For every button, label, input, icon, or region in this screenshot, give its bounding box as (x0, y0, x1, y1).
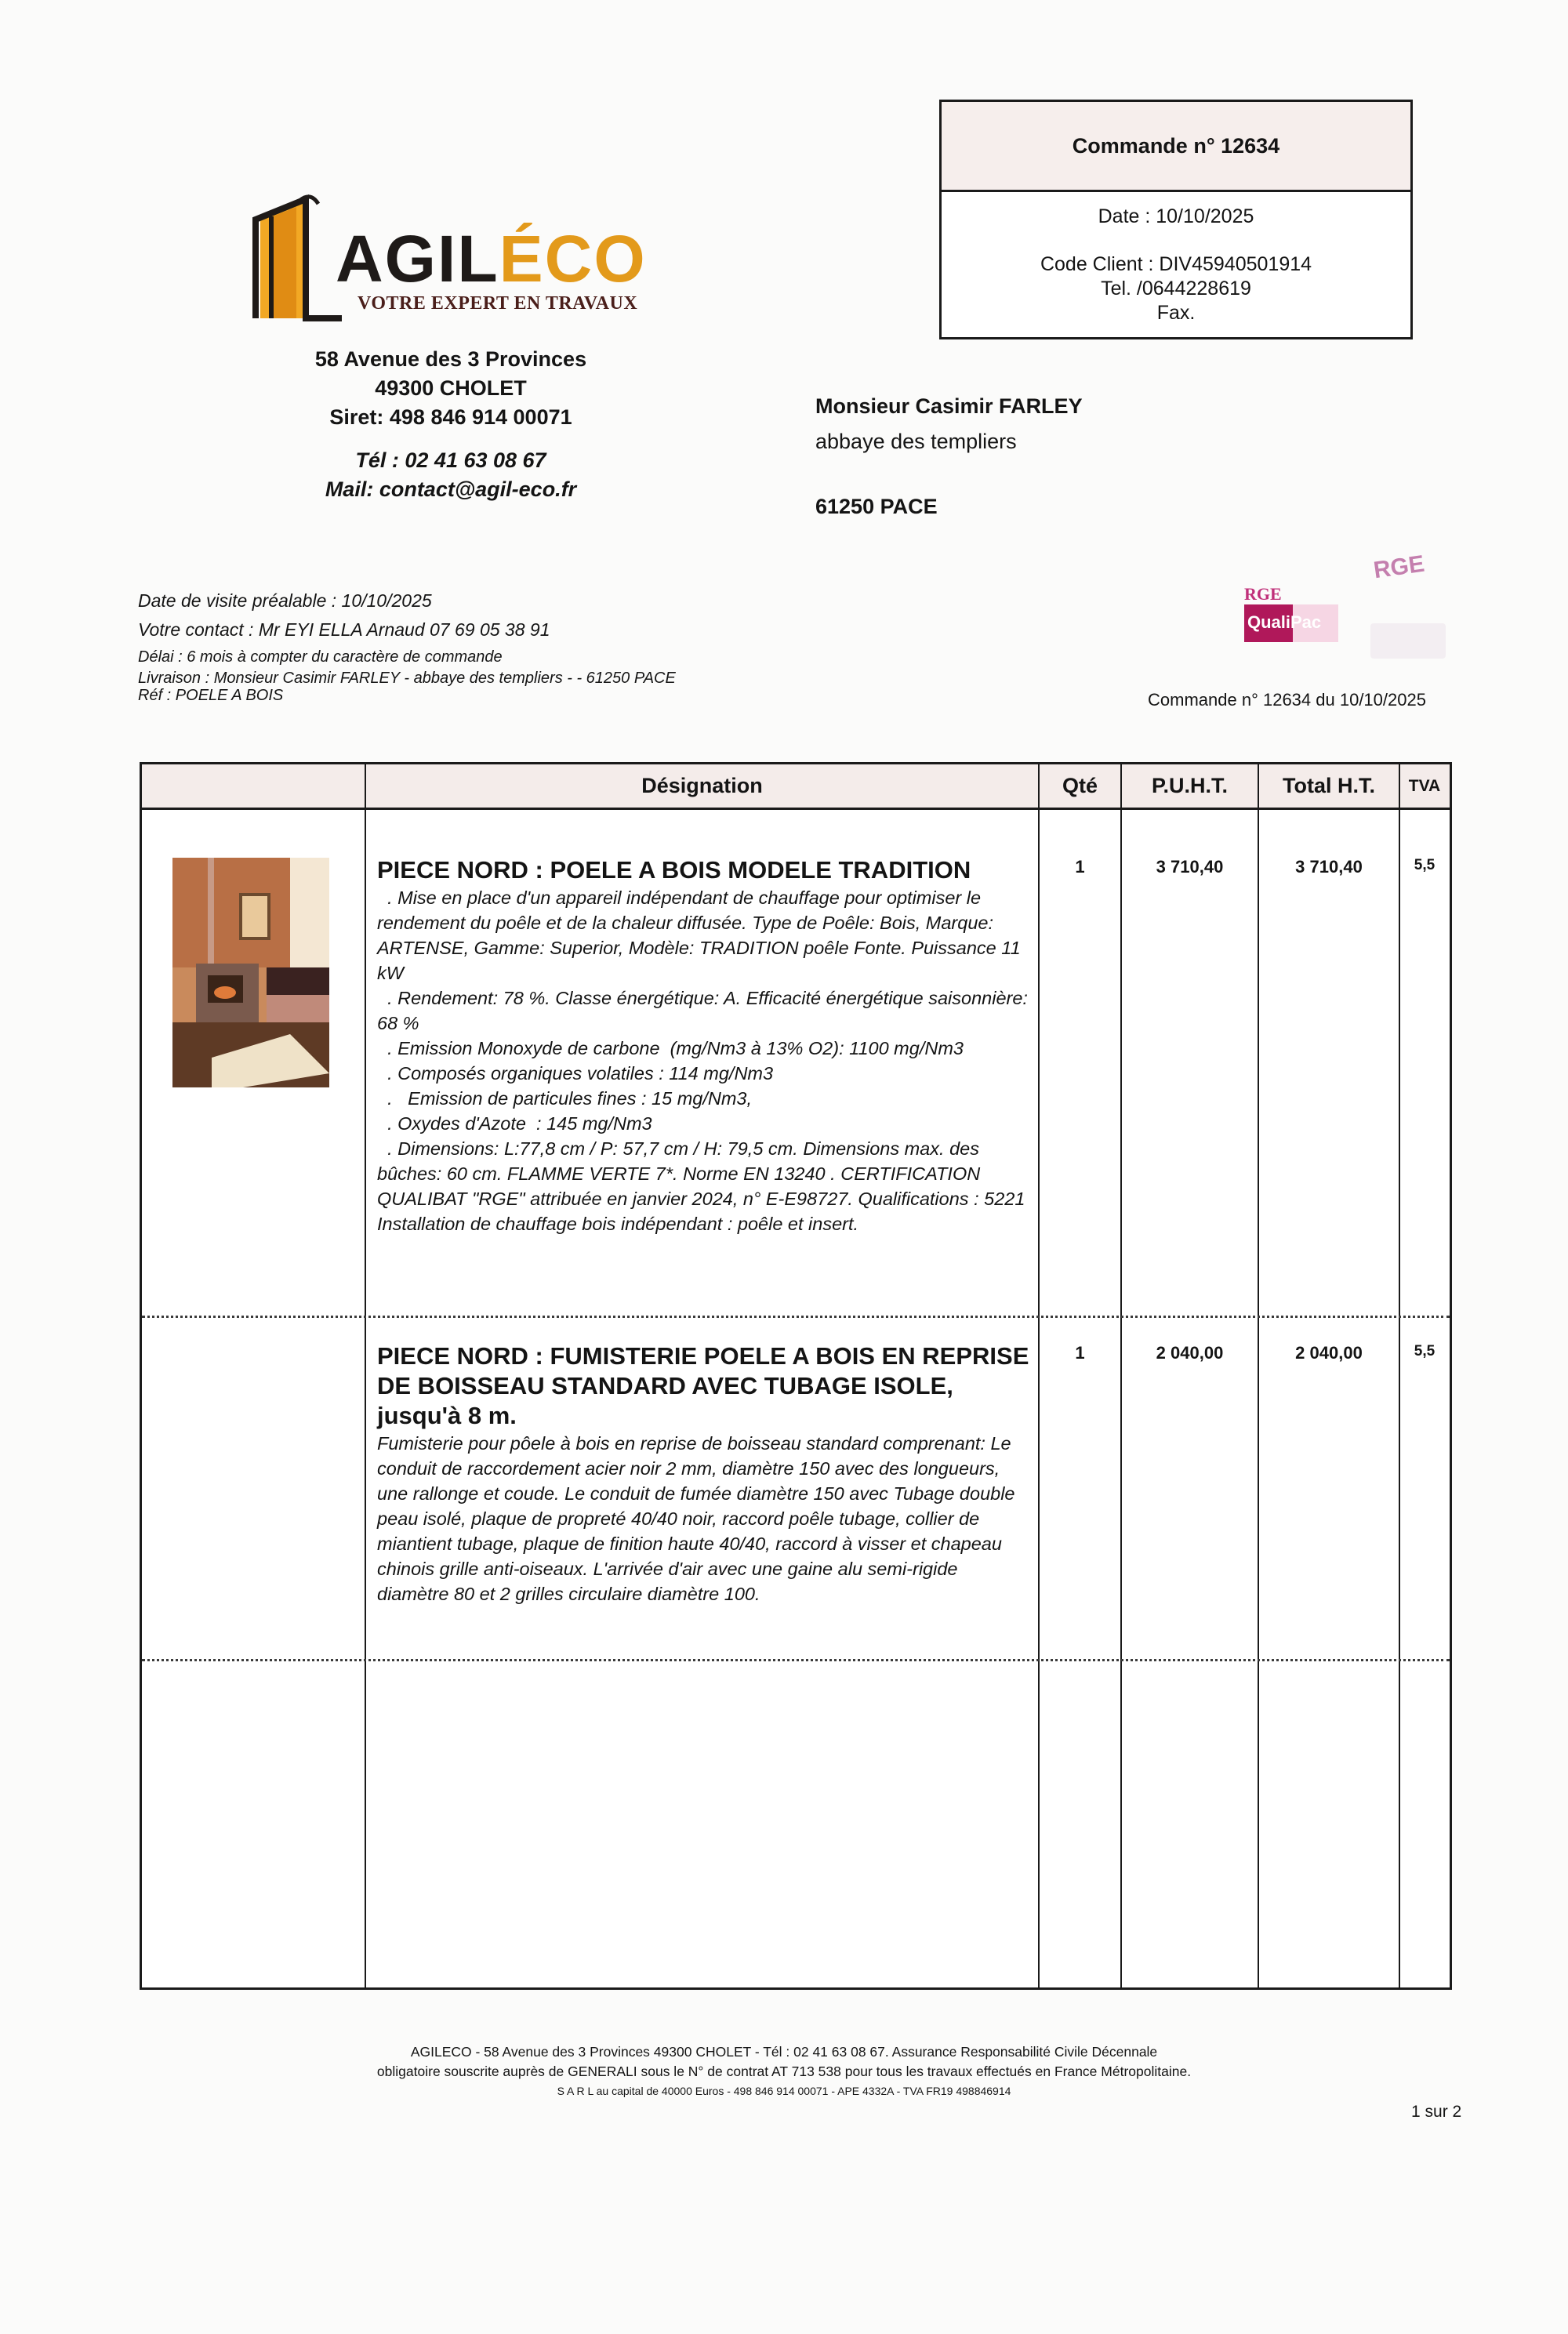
legal-footer: AGILECO - 58 Avenue des 3 Provinces 4930… (235, 2042, 1333, 2101)
line-unit-price: 2 040,00 (1121, 1343, 1258, 1363)
delivery-delay: Délai : 6 mois à compter du caractère de… (138, 644, 676, 670)
company-city: 49300 CHOLET (259, 374, 643, 403)
row-divider (142, 1659, 1450, 1661)
contact-person: Votre contact : Mr EYI ELLA Arnaud 07 69… (138, 615, 676, 644)
order-lines-table: Désignation Qté P.U.H.T. Total H.T. TVA … (140, 762, 1452, 1990)
company-logo: AGILÉCO VOTRE EXPERT EN TRAVAUX (249, 193, 673, 326)
client-name: Monsieur Casimir FARLEY (815, 389, 1083, 424)
order-date: Date : 10/10/2025 (942, 205, 1410, 229)
client-city: 61250 PACE (815, 489, 1083, 525)
col-divider (1258, 764, 1259, 1987)
rge-badge: RGE (1372, 551, 1426, 585)
logo-tagline: VOTRE EXPERT EN TRAVAUX (358, 293, 637, 314)
company-siret: Siret: 498 846 914 00071 (259, 403, 643, 432)
company-mail: Mail: contact@agil-eco.fr (259, 475, 643, 504)
line-qty: 1 (1039, 857, 1121, 877)
col-divider (1399, 764, 1400, 1987)
stove-product-image (172, 858, 329, 1087)
page-number: 1 sur 2 (1411, 2103, 1461, 2122)
header-total: Total H.T. (1258, 764, 1399, 810)
line-vat: 5,5 (1399, 857, 1450, 874)
client-code: Code Client : DIV45940501914 (942, 252, 1410, 277)
footer-line-1: AGILECO - 58 Avenue des 3 Provinces 4930… (235, 2042, 1333, 2062)
rge-qualipac-logo: RGE QualiPac (1244, 584, 1338, 645)
line-description: Fumisterie pour pôele à bois en reprise … (377, 1431, 1032, 1606)
logo-wordmark: AGILÉCO (336, 221, 647, 297)
header-vat: TVA (1399, 764, 1450, 810)
line-description: . Mise en place d'un appareil indépendan… (377, 885, 1032, 1236)
qualibat-logo-faded (1370, 623, 1446, 659)
client-street: abbaye des templiers (815, 424, 1083, 459)
company-address: 58 Avenue des 3 Provinces (259, 345, 643, 374)
order-number-title: Commande n° 12634 (942, 102, 1410, 192)
header-unit-price: P.U.H.T. (1121, 764, 1258, 810)
line-total: 2 040,00 (1258, 1343, 1399, 1363)
table-row: PIECE NORD : POELE A BOIS MODELE TRADITI… (377, 855, 1032, 1236)
footer-line-3: S A R L au capital de 40000 Euros - 498 … (235, 2082, 1333, 2101)
order-box: Commande n° 12634 Date : 10/10/2025 Code… (939, 100, 1413, 339)
reference: Réf : POELE A BOIS (138, 687, 676, 704)
footer-line-2: obligatoire souscrite auprès de GENERALI… (235, 2062, 1333, 2082)
row-divider (142, 1316, 1450, 1318)
col-divider (1120, 764, 1122, 1987)
col-divider (365, 764, 366, 1987)
header-designation: Désignation (365, 764, 1039, 810)
company-details: 58 Avenue des 3 Provinces 49300 CHOLET S… (259, 345, 643, 504)
house-frame-icon (249, 193, 343, 322)
line-vat: 5,5 (1399, 1343, 1450, 1360)
visit-date: Date de visite préalable : 10/10/2025 (138, 586, 676, 615)
client-fax: Fax. (942, 301, 1410, 325)
header-qty: Qté (1039, 764, 1121, 810)
delivery-address: Livraison : Monsieur Casimir FARLEY - ab… (138, 670, 676, 687)
line-unit-price: 3 710,40 (1121, 857, 1258, 877)
company-tel: Tél : 02 41 63 08 67 (259, 446, 643, 475)
header-image-col (142, 764, 365, 810)
order-reference: Commande n° 12634 du 10/10/2025 (1148, 690, 1426, 710)
line-title: PIECE NORD : POELE A BOIS MODELE TRADITI… (377, 855, 1032, 885)
client-address-block: Monsieur Casimir FARLEY abbaye des templ… (815, 389, 1083, 525)
order-info: Date de visite préalable : 10/10/2025 Vo… (138, 586, 676, 704)
table-row: PIECE NORD : FUMISTERIE POELE A BOIS EN … (377, 1341, 1032, 1606)
line-qty: 1 (1039, 1343, 1121, 1363)
line-title: PIECE NORD : FUMISTERIE POELE A BOIS EN … (377, 1341, 1032, 1431)
client-tel: Tel. /0644228619 (942, 277, 1410, 301)
col-divider (1038, 764, 1040, 1987)
line-total: 3 710,40 (1258, 857, 1399, 877)
